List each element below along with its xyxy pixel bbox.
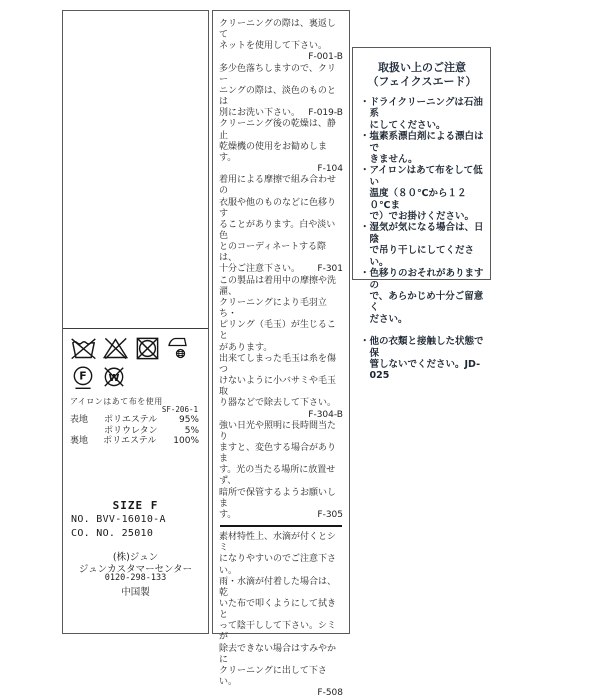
precaution-item: ・色移りのおそれがありますの で、あらかじめ十分ご留意く ださい。 — [360, 268, 484, 325]
composition-part: 表地 — [70, 415, 104, 426]
precaution-item: ・アイロンはあて布をして低い 温度（８０℃から１２０℃ま で）でお掛けください。 — [360, 165, 484, 222]
precautions-subtitle: （フェイクスエード） — [360, 75, 484, 89]
size-label: SIZE F — [63, 499, 208, 512]
instruction-block: 着用による摩擦で組み合わせの 衣服や他のものなどに色移りす ることがあります。白… — [219, 175, 343, 275]
item-number: NO. BVV-16010-A — [71, 514, 166, 525]
dry-clean-petroleum-gentle-icon: F — [70, 365, 96, 391]
instruction-block: 多少色落ちしますので、クリー ニングの際は、淡色のものとは 別にお洗い下さい。F… — [219, 64, 343, 120]
iron-cloth-note: アイロンはあて布を使用 — [70, 396, 163, 407]
instruction-code: F-304-B — [219, 410, 343, 421]
precautions-title: 取扱い上のご注意 — [360, 61, 484, 75]
svg-text:F: F — [79, 370, 86, 383]
instruction-code: F-305 — [219, 510, 343, 521]
composition-material: ポリエステル — [103, 436, 173, 447]
care-symbols-row-2: F W — [70, 365, 127, 391]
instructions-panel: クリーニングの際は、裏返して ネットを使用して下さい。F-001-B 多少色落ち… — [212, 10, 350, 634]
instruction-block: クリーニングの際は、裏返して ネットを使用して下さい。F-001-B — [219, 19, 343, 64]
instruction-code: F-001-B — [219, 52, 343, 63]
do-not-wet-clean-icon: W — [101, 365, 127, 391]
instruction-code: F-508 — [219, 688, 343, 699]
composition-row: 裏地 ポリエステル 100% — [70, 436, 199, 447]
fabric-composition: 表地 ポリエステル 95% ポリウレタン 5% 裏地 ポリエステル 100% — [70, 415, 199, 447]
instruction-block: 出来てしまった毛玉は糸を傷つ けないように小バサミや毛玉取 り器などで除去して下… — [219, 354, 343, 421]
co-number: CO. NO. 25010 — [71, 528, 153, 539]
composition-part: 裏地 — [70, 436, 103, 447]
care-section-divider — [63, 328, 208, 329]
care-symbols-row-1 — [70, 335, 190, 362]
instruction-text: 着用による摩擦で組み合わせの 衣服や他のものなどに色移りす ることがあります。白… — [219, 175, 336, 274]
iron-with-pressing-cloth-icon — [166, 335, 190, 362]
water-stain-block: 素材特性上、水滴が付くとシミ になりやすいのでご注意下さい。 雨・水滴が付着した… — [219, 532, 343, 699]
precaution-item: ・ドライクリーニングは石油系 にしてください。 — [360, 97, 484, 131]
precaution-item: ・塩素系漂白剤による漂白はで きません。 — [360, 131, 484, 165]
do-not-tumble-dry-icon — [134, 335, 161, 362]
instruction-text: 素材特性上、水滴が付くとシミ になりやすいのでご注意下さい。 雨・水滴が付着した… — [219, 532, 336, 687]
precautions-panel: 取扱い上のご注意 （フェイクスエード） ・ドライクリーニングは石油系 にしてくだ… — [352, 47, 491, 280]
phone-number: 0120-298-133 — [63, 573, 208, 583]
instruction-text: クリーニング後の乾燥は、静止 乾燥機の使用をお勧めします。 — [219, 119, 336, 162]
instruction-code: F-104 — [219, 164, 343, 175]
composition-material: ポリエステル — [104, 415, 176, 426]
precaution-item: ・他の衣類と接触した状態で保 管しないでください。JD-025 — [360, 336, 484, 382]
country-of-origin: 中国製 — [63, 584, 208, 598]
instruction-block: クリーニング後の乾燥は、静止 乾燥機の使用をお勧めします。F-104 — [219, 119, 343, 175]
composition-material: ポリウレタン — [104, 426, 176, 437]
composition-row: ポリウレタン 5% — [70, 426, 199, 437]
instruction-block: この製品は着用中の摩擦や洗濯、 クリーニングにより毛羽立ち・ ピリング（毛玉）が… — [219, 276, 343, 354]
svg-text:W: W — [109, 373, 120, 384]
instruction-block: 強い日光や照明に長時間当たり ますと、変色する場合がありま す。光の当たる場所に… — [219, 421, 343, 521]
composition-row: 表地 ポリエステル 95% — [70, 415, 199, 426]
instruction-text: クリーニングの際は、裏返して ネットを使用して下さい。 — [219, 19, 336, 51]
care-label-panel: F W アイロンはあて布を使用 SF-206-1 表地 ポリエステル 95% ポ… — [62, 10, 209, 634]
composition-percent: 100% — [173, 436, 199, 447]
composition-percent: 95% — [179, 415, 199, 426]
do-not-wash-icon — [70, 335, 97, 362]
instruction-text: 強い日光や照明に長時間当たり ますと、変色する場合がありま す。光の当たる場所に… — [219, 421, 336, 520]
do-not-bleach-icon — [102, 335, 129, 362]
composition-part — [70, 426, 104, 437]
instruction-text: 出来てしまった毛玉は糸を傷つ けないように小バサミや毛玉取 り器などで除去して下… — [219, 354, 336, 409]
composition-percent: 5% — [185, 426, 199, 437]
precautions-list: ・ドライクリーニングは石油系 にしてください。 ・塩素系漂白剤による漂白はで き… — [360, 97, 484, 382]
section-divider — [220, 525, 342, 527]
instruction-text: この製品は着用中の摩擦や洗濯、 クリーニングにより毛羽立ち・ ピリング（毛玉）が… — [219, 276, 336, 353]
precaution-item: ・湿気が気になる場合は、日陰 で吊り干しにしてください。 — [360, 222, 484, 268]
label-code: SF-206-1 — [162, 405, 198, 414]
